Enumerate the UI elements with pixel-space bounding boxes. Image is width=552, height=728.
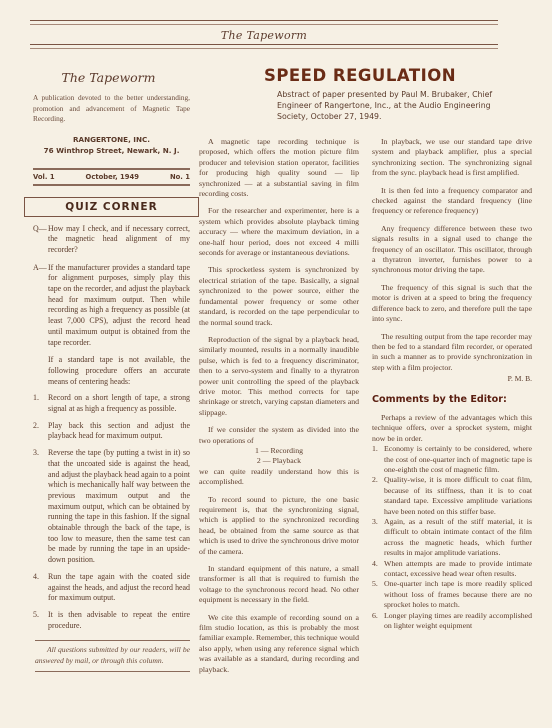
- issue-info-bar: Vol. 1 October, 1949 No. 1: [33, 168, 190, 186]
- question: Q— How may I check, and if necessary cor…: [33, 224, 190, 256]
- article-paragraph: It is then fed into a frequency comparat…: [372, 186, 532, 217]
- issue-date: October, 1949: [86, 173, 139, 181]
- answer-text: If the manufacturer provides a standard …: [48, 263, 190, 349]
- volume: Vol. 1: [33, 173, 55, 181]
- answer-label: A—: [33, 263, 48, 349]
- article-paragraph: For the researcher and experimenter, her…: [199, 206, 359, 258]
- quiz-corner-heading: QUIZ CORNER: [24, 197, 199, 217]
- article-paragraph: A magnetic tape recording technique is p…: [199, 137, 359, 199]
- article-paragraph: If we consider the system as divided int…: [199, 425, 359, 446]
- author-signature: P. M. B.: [372, 374, 532, 384]
- editor-point: 1.Economy is certainly to be considered,…: [372, 444, 532, 475]
- article-paragraph: The frequency of this signal is such tha…: [372, 283, 532, 325]
- article-paragraph: This sprocketless system is synchronized…: [199, 265, 359, 327]
- article-paragraph: We cite this example of recording sound …: [199, 613, 359, 675]
- editor-intro: Perhaps a review of the advantages which…: [372, 413, 532, 444]
- editor-comments-heading: Comments by the Editor:: [372, 395, 532, 405]
- company-address: 76 Winthrop Street, Newark, N. J.: [33, 145, 190, 156]
- article-column-right: In playback, we use our standard tape dr…: [372, 137, 532, 631]
- article-column-middle: A magnetic tape recording technique is p…: [199, 137, 359, 682]
- editor-point: 3.Again, as a result of the stiff materi…: [372, 517, 532, 559]
- answer: A— If the manufacturer provides a standa…: [33, 263, 190, 349]
- operation-item: 2 — Playback: [199, 456, 359, 466]
- article-paragraph: To record sound to picture, the one basi…: [199, 495, 359, 557]
- masthead-bottom-rule: [30, 44, 498, 49]
- operation-item: 1 — Recording: [199, 446, 359, 456]
- masthead-top-rule: [30, 20, 498, 25]
- left-column: The Tapeworm A publication devoted to th…: [33, 70, 190, 672]
- procedure-step: 1.Record on a short length of tape, a st…: [33, 393, 190, 414]
- article-paragraph: In playback, we use our standard tape dr…: [372, 137, 532, 179]
- question-text: How may I check, and if necessary correc…: [48, 224, 190, 256]
- editor-point: 2.Quality-wise, it is more difficult to …: [372, 475, 532, 517]
- publication-description: A publication devoted to the better unde…: [33, 93, 190, 125]
- procedure-step: 3.Reverse the tape (by putting a twist i…: [33, 448, 190, 566]
- reader-questions-note: All questions submitted by our readers, …: [35, 640, 190, 672]
- article-paragraph: we can quite readily understand how this…: [199, 467, 359, 488]
- answer-paragraph-2: If a standard tape is not available, the…: [48, 355, 190, 387]
- editor-point: 6.Longer playing times are readily accom…: [372, 611, 532, 632]
- question-label: Q—: [33, 224, 48, 256]
- editor-point: 4.When attempts are made to provide inti…: [372, 559, 532, 580]
- procedure-step: 2.Play back this section and adjust the …: [33, 421, 190, 442]
- quiz-corner-content: Q— How may I check, and if necessary cor…: [33, 224, 190, 632]
- publication-logo: The Tapeworm: [27, 70, 190, 85]
- editor-point: 5.One-quarter inch tape is more readily …: [372, 579, 532, 610]
- article-abstract: Abstract of paper presented by Paul M. B…: [277, 89, 517, 122]
- editor-points: 1.Economy is certainly to be considered,…: [372, 444, 532, 631]
- procedure-step: 5.It is then advisable to repeat the ent…: [33, 610, 190, 631]
- article-paragraph: In standard equipment of this nature, a …: [199, 564, 359, 606]
- article-paragraph: Reproduction of the signal by a playback…: [199, 335, 359, 418]
- company-name: RANGERTONE, INC.: [33, 134, 190, 145]
- issue-number: No. 1: [170, 173, 190, 181]
- article-paragraph: The resulting output from the tape recor…: [372, 332, 532, 374]
- procedure-steps: 1.Record on a short length of tape, a st…: [33, 393, 190, 631]
- procedure-step: 4.Run the tape again with the coated sid…: [33, 572, 190, 604]
- article-title: SPEED REGULATION: [200, 66, 520, 85]
- article-paragraph: Any frequency difference between these t…: [372, 224, 532, 276]
- masthead-title: The Tapeworm: [30, 29, 498, 42]
